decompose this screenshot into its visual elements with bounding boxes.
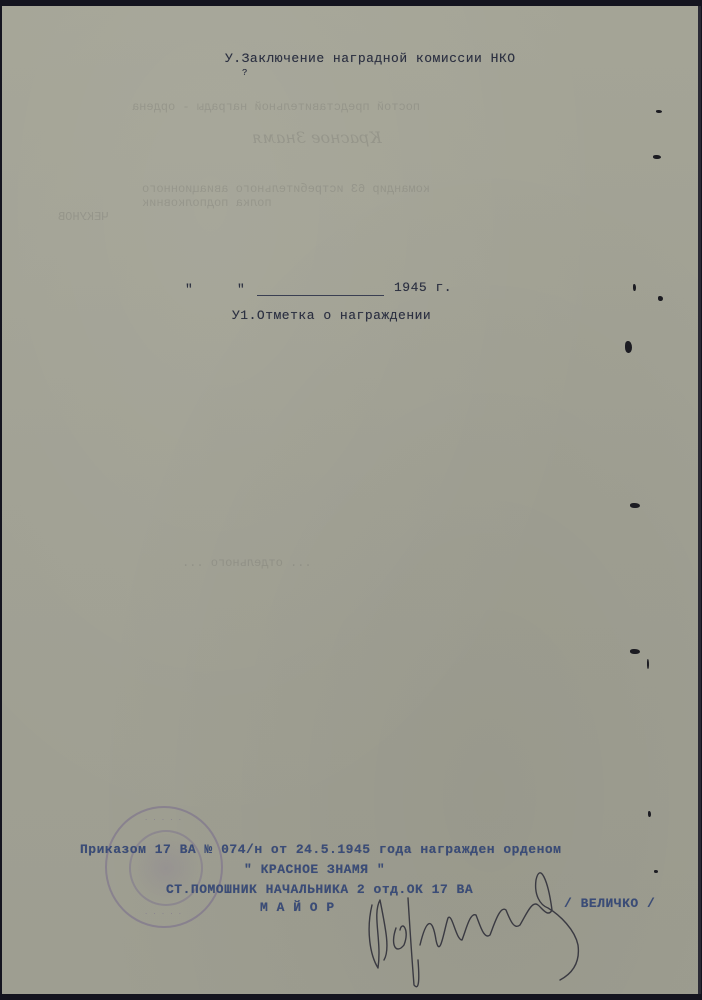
date-blank-line [257,295,384,296]
stamp-top-text: · · · · · [107,816,221,824]
punch-hole [648,811,651,817]
signatory-rank: М А Й О Р [260,900,335,915]
order-line-1: Приказом 17 ВА № 074/н от 24.5.1945 года… [80,842,561,857]
section-5-marker: ? [242,68,248,78]
section-5-heading: У.Заключение наградной комиссии НКО [225,51,516,66]
punch-hole [633,284,636,291]
official-stamp: · · · · · · · · · · [105,806,223,928]
punch-hole [656,110,662,113]
punch-hole [658,296,663,301]
date-quote-close: " [237,282,245,297]
bleed-through-line: постой представительной награды - ордена [132,100,420,114]
punch-hole [625,341,632,353]
punch-hole [647,659,649,669]
punch-hole [630,503,640,508]
section-6-heading: У1.Отметка о награждении [232,308,431,323]
bleed-through-line: полка подполковник [142,196,272,210]
order-line-2: " КРАСНОЕ ЗНАМЯ " [244,862,385,877]
bleed-through-line: командир 63 истребительного авиационного [142,182,430,196]
bleed-through-line: ЧЕКУНОВ [58,210,108,224]
bleed-through-line: ... отдельного ... [182,556,312,570]
punch-hole [653,155,661,159]
paper-sheet: постой представительной награды - ордена… [2,6,701,994]
document-scan: постой представительной награды - ордена… [0,0,702,1000]
date-quote-open: " [185,282,193,297]
bleed-through-line: Красное Знамя [252,128,382,147]
stamp-bottom-text: · · · · · [107,910,221,918]
punch-hole [630,649,640,654]
punch-hole [654,870,658,873]
date-year: 1945 г. [394,280,452,295]
signatory-name: / ВЕЛИЧКО / [564,896,655,911]
signatory-position: СТ.ПОМОШНИК НАЧАЛЬНИКА 2 отд.ОК 17 ВА [166,882,473,897]
